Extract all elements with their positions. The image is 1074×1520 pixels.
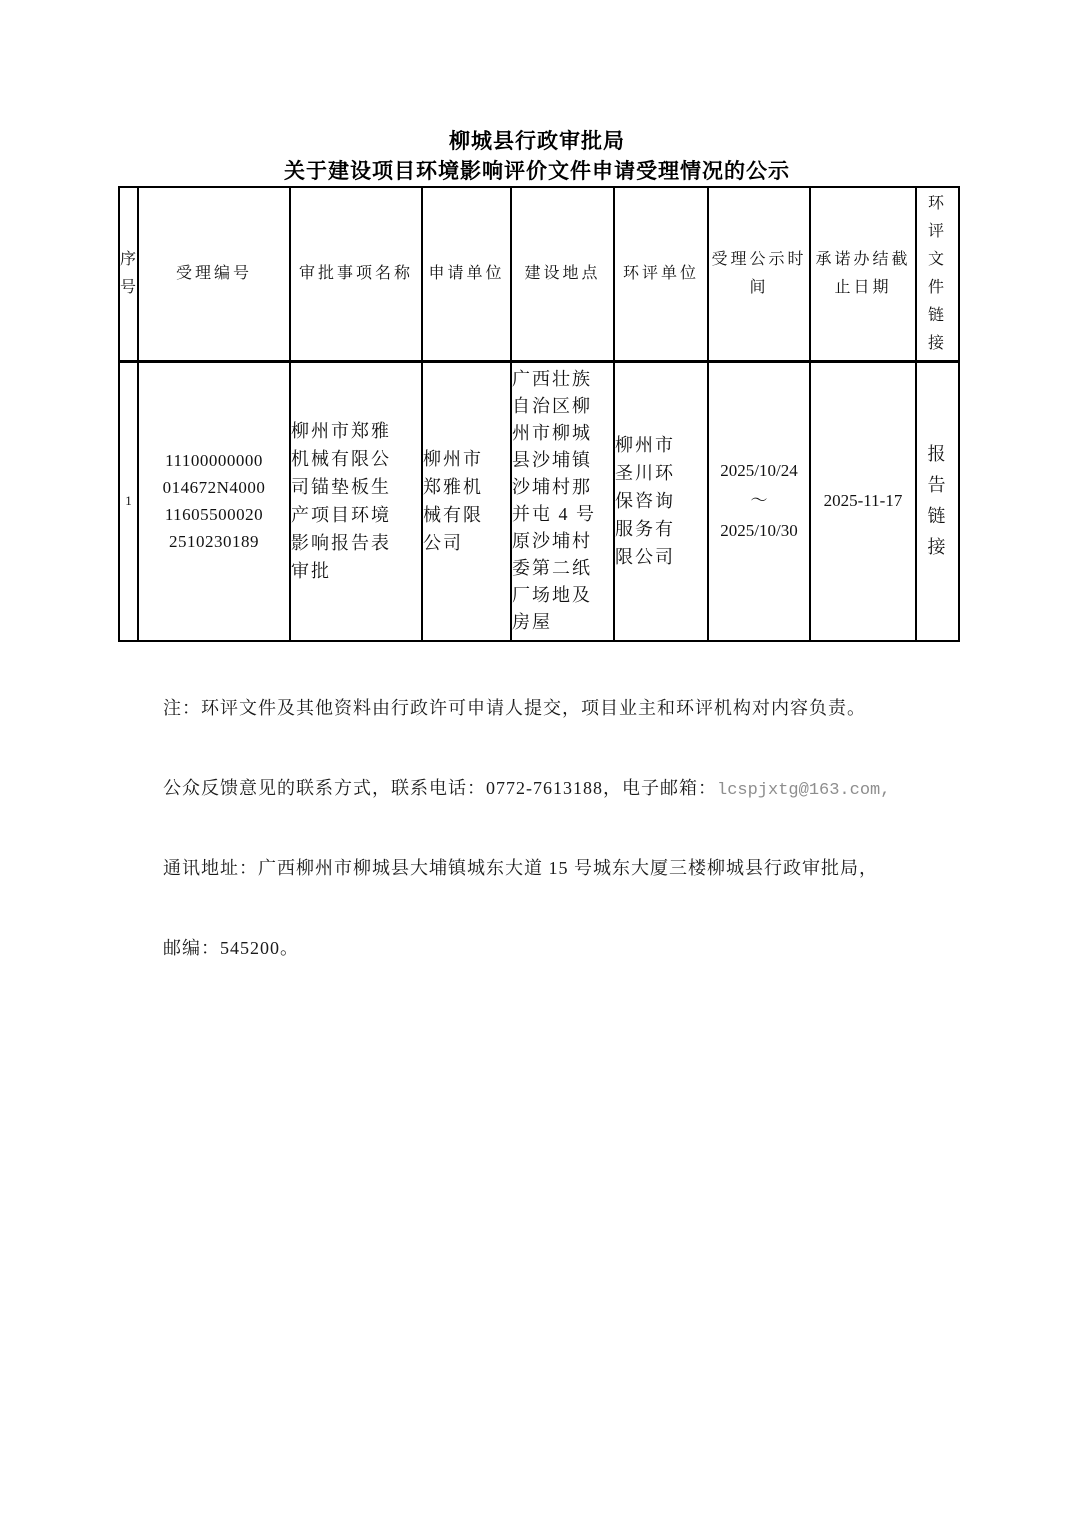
title-notice-subject: 关于建设项目环境影响评价文件申请受理情况的公示 [0,157,1074,187]
cell-approval-item: 柳州市郑雅 机械有限公 司锚垫板生 产项目环境 影响报告表 审批 [290,361,422,641]
col-header-acceptance-no: 受理编号 [138,187,290,361]
contact-text: 公众反馈意见的联系方式，联系电话：0772-7613188，电子邮箱： [163,778,717,798]
notes-section: 注：环评文件及其他资料由行政许可申请人提交，项目业主和环评机构对内容负责。 公众… [118,697,998,1017]
cell-doc-link: 报 告 链 接 [916,361,959,641]
cell-deadline: 2025-11-17 [810,361,916,641]
cell-index: 1 [119,361,138,641]
table-header-row: 序 号 受理编号 审批事项名称 申请单位 建设地点 环评单位 受理公示时 间 承… [119,187,959,361]
col-header-eia-unit: 环评单位 [614,187,708,361]
col-header-location: 建设地点 [511,187,614,361]
col-header-index: 序 号 [119,187,138,361]
col-header-approval-item: 审批事项名称 [290,187,422,361]
col-header-doc-link: 环 评 文 件 链 接 [916,187,959,361]
col-header-publicity-time: 受理公示时 间 [708,187,810,361]
note-contact: 公众反馈意见的联系方式，联系电话：0772-7613188，电子邮箱：lcspj… [118,777,998,799]
cell-location: 广西壮族 自治区柳 州市柳城 县沙埔镇 沙埔村那 并屯 4 号 原沙埔村 委第二… [511,361,614,641]
note-disclaimer: 注：环评文件及其他资料由行政许可申请人提交，项目业主和环评机构对内容负责。 [118,697,998,719]
eia-acceptance-table: 序 号 受理编号 审批事项名称 申请单位 建设地点 环评单位 受理公示时 间 承… [118,186,960,642]
note-postcode: 邮编：545200。 [118,937,998,959]
email-link[interactable]: lcspjxtg@163.com, [717,781,890,800]
note-address: 通讯地址：广西柳州市柳城县大埔镇城东大道 15 号城东大厦三楼柳城县行政审批局， [118,857,998,879]
cell-publicity-time: 2025/10/24 ～ 2025/10/30 [708,361,810,641]
page-title: 柳城县行政审批局 关于建设项目环境影响评价文件申请受理情况的公示 [0,127,1074,187]
public-notice-page: 柳城县行政审批局 关于建设项目环境影响评价文件申请受理情况的公示 序 号 受理编… [0,0,1074,1520]
cell-eia-unit: 柳州市 圣川环 保咨询 服务有 限公司 [614,361,708,641]
title-agency: 柳城县行政审批局 [0,127,1074,157]
cell-applicant: 柳州市 郑雅机 械有限 公司 [422,361,511,641]
table-row: 1 11100000000 014672N4000 11605500020 25… [119,361,959,641]
col-header-deadline: 承诺办结截 止日期 [810,187,916,361]
cell-acceptance-no: 11100000000 014672N4000 11605500020 2510… [138,361,290,641]
report-link[interactable]: 报 告 链 接 [928,444,948,557]
col-header-applicant: 申请单位 [422,187,511,361]
